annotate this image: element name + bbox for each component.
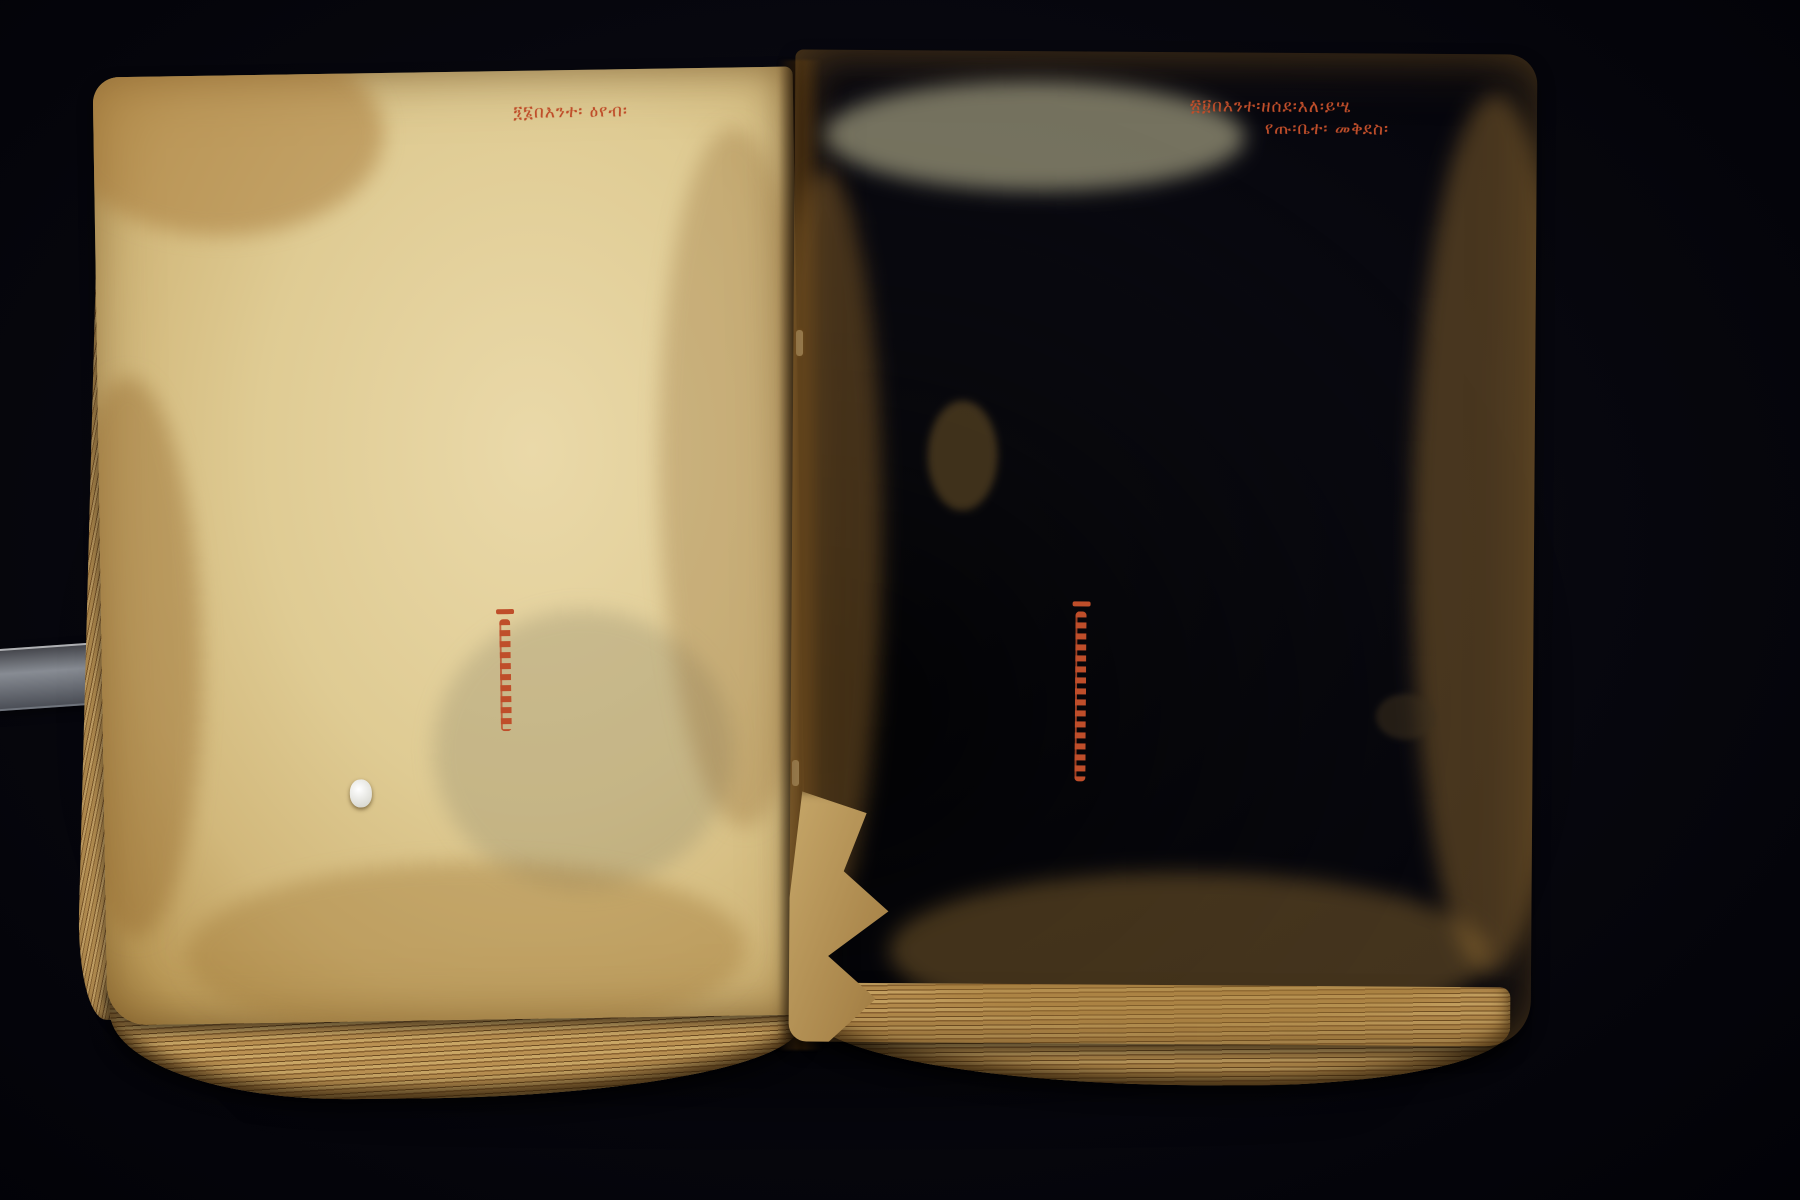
right-page: ፳፱በእንተ፡ዘሰደ፡እለ፡ይሤ የጡ፡ቤተ፡ መቅደስ፡ [789,49,1538,1046]
stain [889,870,1490,1034]
stain [824,80,1245,193]
right-page-header-line2: የጡ፡ቤተ፡ መቅደስ፡ [1265,119,1389,140]
manuscript-book: ፺፮በእንተ፡ ዕየብ፡ ፳፱በእንተ፡ዘሰደ፡እለ፡ይሤ የጡ፡ቤተ፡ መቅደ… [70,40,1560,1130]
stain [927,400,998,510]
stain [93,67,385,238]
white-marker [350,779,372,807]
stain [1409,94,1537,975]
photo-background: ፺፮በእንተ፡ ዕየብ፡ ፳፱በእንተ፡ዘሰደ፡እለ፡ይሤ የጡ፡ቤተ፡ መቅደ… [0,0,1800,1200]
red-marginal-flourish [1074,611,1086,781]
left-page-header: ፺፮በእንተ፡ ዕየብ፡ [513,101,628,123]
right-page-header-line1: ፳፱በእንተ፡ዘሰደ፡እለ፡ይሤ [1190,96,1352,117]
stain [185,857,748,1025]
red-marginal-flourish [499,619,512,731]
stain [93,376,206,938]
stain [1376,693,1436,739]
left-page: ፺፮በእንተ፡ ዕየብ፡ [93,67,808,1026]
